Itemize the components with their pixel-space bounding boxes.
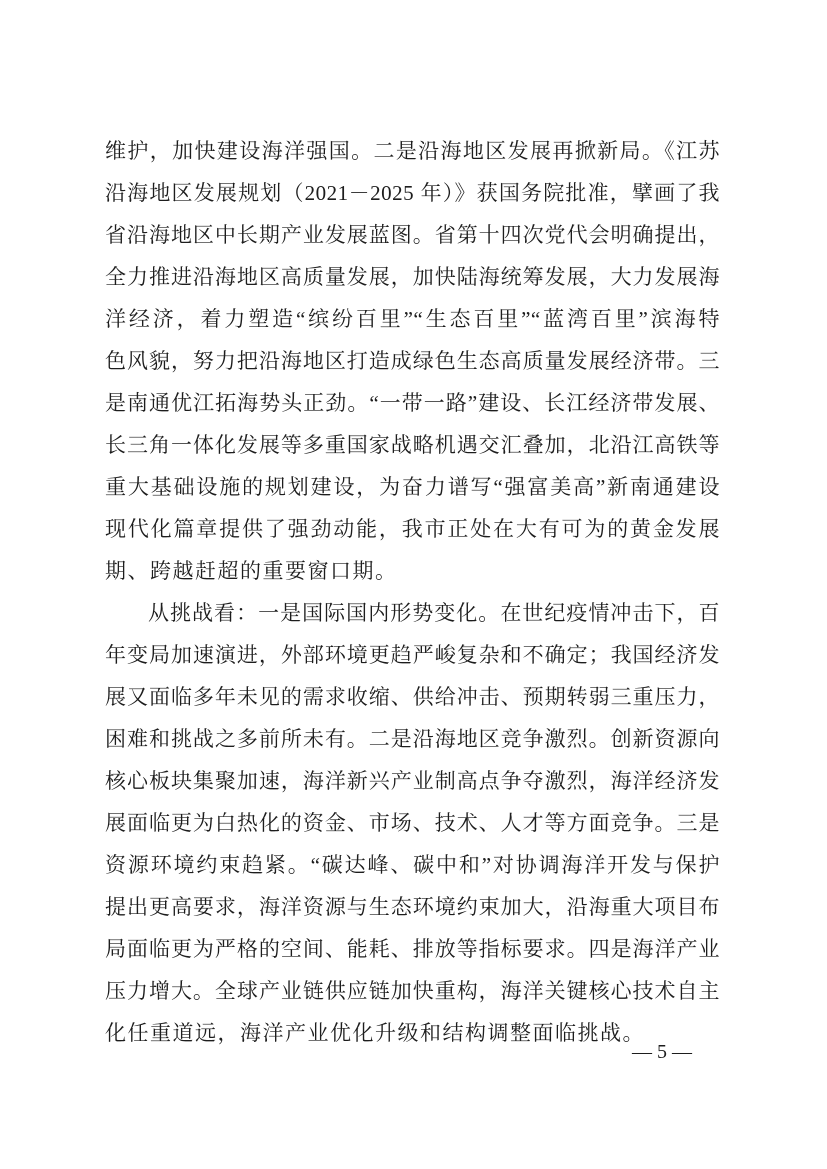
text-line: 提出更高要求，海洋资源与生态环境约束加大，沿海重大项目布 — [105, 886, 720, 928]
text-line: 现代化篇章提供了强劲动能，我市正处在大有可为的黄金发展 — [105, 508, 720, 550]
page-number: — 5 — — [616, 1038, 708, 1066]
text-line: 展又面临多年未见的需求收缩、供给冲击、预期转弱三重压力， — [105, 676, 720, 718]
text-line: 困难和挑战之多前所未有。二是沿海地区竞争激烈。创新资源向 — [105, 718, 720, 760]
text-line: 省沿海地区中长期产业发展蓝图。省第十四次党代会明确提出， — [105, 214, 720, 256]
text-line: 展面临更为白热化的资金、市场、技术、人才等方面竞争。三是 — [105, 802, 720, 844]
text-line: 色风貌，努力把沿海地区打造成绿色生态高质量发展经济带。三 — [105, 340, 720, 382]
text-line: 是南通优江拓海势头正劲。“一带一路”建设、长江经济带发展、 — [105, 382, 720, 424]
text-line: 资源环境约束趋紧。“碳达峰、碳中和”对协调海洋开发与保护 — [105, 844, 720, 886]
text-line-paragraph-end: 期、跨越赶超的重要窗口期。 — [105, 550, 720, 592]
text-line: 压力增大。全球产业链供应链加快重构，海洋关键核心技术自主 — [105, 970, 720, 1012]
document-page: 维护，加快建设海洋强国。二是沿海地区发展再掀新局。《江苏 沿海地区发展规划（20… — [0, 0, 827, 1169]
text-line-paragraph-start: 从挑战看：一是国际国内形势变化。在世纪疫情冲击下，百 — [105, 592, 720, 634]
text-line: 核心板块集聚加速，海洋新兴产业制高点争夺激烈，海洋经济发 — [105, 760, 720, 802]
text-line: 局面临更为严格的空间、能耗、排放等指标要求。四是海洋产业 — [105, 928, 720, 970]
text-line: 洋经济，着力塑造“缤纷百里”“生态百里”“蓝湾百里”滨海特 — [105, 298, 720, 340]
text-line: 重大基础设施的规划建设，为奋力谱写“强富美高”新南通建设 — [105, 466, 720, 508]
text-line: 年变局加速演进，外部环境更趋严峻复杂和不确定；我国经济发 — [105, 634, 720, 676]
text-line: 沿海地区发展规划（2021－2025 年）》获国务院批准，擘画了我 — [105, 172, 720, 214]
text-line: 全力推进沿海地区高质量发展，加快陆海统筹发展，大力发展海 — [105, 256, 720, 298]
body-text: 维护，加快建设海洋强国。二是沿海地区发展再掀新局。《江苏 沿海地区发展规划（20… — [105, 130, 720, 1054]
text-line: 长三角一体化发展等多重国家战略机遇交汇叠加，北沿江高铁等 — [105, 424, 720, 466]
text-line: 维护，加快建设海洋强国。二是沿海地区发展再掀新局。《江苏 — [105, 130, 720, 172]
